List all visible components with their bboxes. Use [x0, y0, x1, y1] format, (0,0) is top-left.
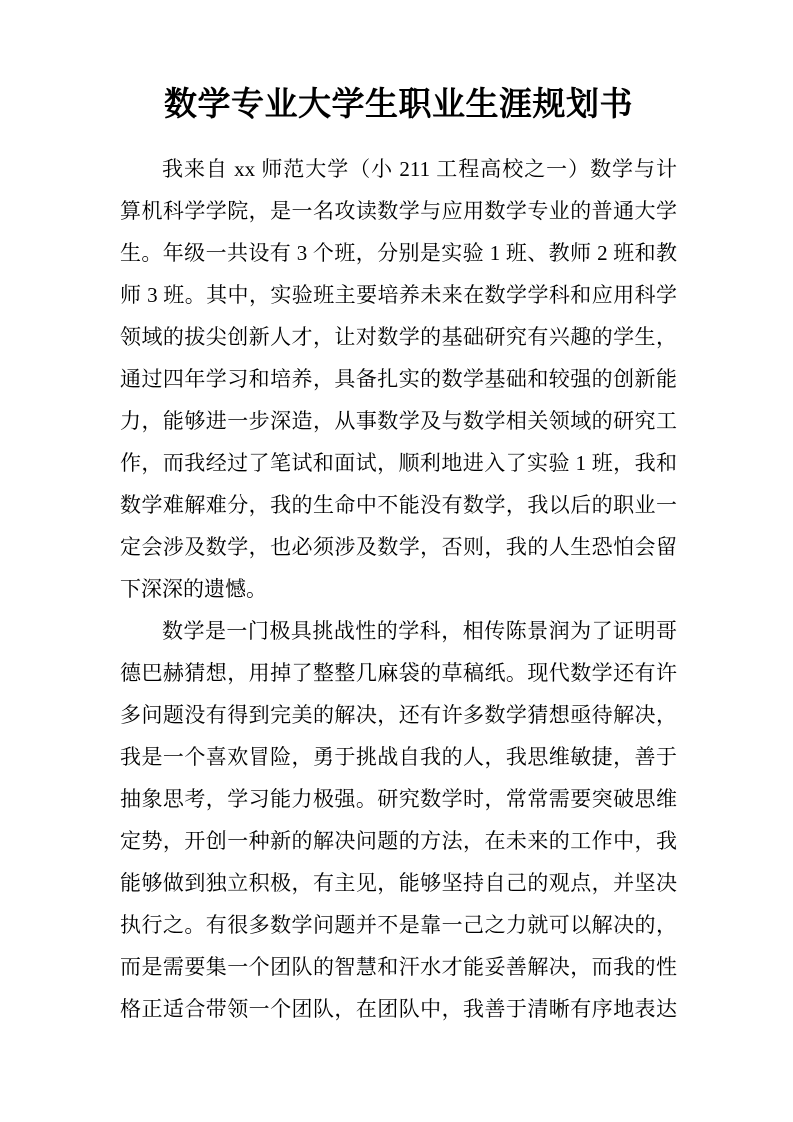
- document-body: 我来自 xx 师范大学（小 211 工程高校之一）数学与计算机科学学院，是一名攻…: [120, 148, 677, 1030]
- text-line: 我来自 xx 师范大学（小 211 工程高校之一）数学与计: [120, 148, 677, 190]
- paragraph: 数学是一门极具挑战性的学科，相传陈景润为了证明哥德巴赫猜想，用掉了整整几麻袋的草…: [120, 610, 677, 1030]
- text-line: 生。年级一共设有 3 个班，分别是实验 1 班、教师 2 班和教: [120, 232, 677, 274]
- text-line: 多问题没有得到完美的解决，还有许多数学猜想亟待解决，: [120, 694, 677, 736]
- text-line: 下深深的遗憾。: [120, 568, 677, 610]
- document-page: 数学专业大学生职业生涯规划书 我来自 xx 师范大学（小 211 工程高校之一）…: [0, 0, 793, 1122]
- text-line: 定会涉及数学，也必须涉及数学，否则，我的人生恐怕会留: [120, 526, 677, 568]
- text-line: 抽象思考，学习能力极强。研究数学时，常常需要突破思维: [120, 778, 677, 820]
- text-line: 力，能够进一步深造，从事数学及与数学相关领域的研究工: [120, 400, 677, 442]
- document-title: 数学专业大学生职业生涯规划书: [120, 82, 677, 128]
- text-line: 执行之。有很多数学问题并不是靠一己之力就可以解决的，: [120, 904, 677, 946]
- text-line: 德巴赫猜想，用掉了整整几麻袋的草稿纸。现代数学还有许: [120, 652, 677, 694]
- text-line: 数学难解难分，我的生命中不能没有数学，我以后的职业一: [120, 484, 677, 526]
- text-line: 师 3 班。其中，实验班主要培养未来在数学学科和应用科学: [120, 274, 677, 316]
- text-line: 通过四年学习和培养，具备扎实的数学基础和较强的创新能: [120, 358, 677, 400]
- text-line: 而是需要集一个团队的智慧和汗水才能妥善解决，而我的性: [120, 946, 677, 988]
- text-line: 能够做到独立积极，有主见，能够坚持自己的观点，并坚决: [120, 862, 677, 904]
- text-line: 作，而我经过了笔试和面试，顺利地进入了实验 1 班，我和: [120, 442, 677, 484]
- text-line: 领域的拔尖创新人才，让对数学的基础研究有兴趣的学生，: [120, 316, 677, 358]
- paragraph: 我来自 xx 师范大学（小 211 工程高校之一）数学与计算机科学学院，是一名攻…: [120, 148, 677, 610]
- text-line: 我是一个喜欢冒险，勇于挑战自我的人，我思维敏捷，善于: [120, 736, 677, 778]
- text-line: 算机科学学院，是一名攻读数学与应用数学专业的普通大学: [120, 190, 677, 232]
- text-line: 定势，开创一种新的解决问题的方法，在未来的工作中，我: [120, 820, 677, 862]
- text-line: 数学是一门极具挑战性的学科，相传陈景润为了证明哥: [120, 610, 677, 652]
- text-line: 格正适合带领一个团队，在团队中，我善于清晰有序地表达: [120, 988, 677, 1030]
